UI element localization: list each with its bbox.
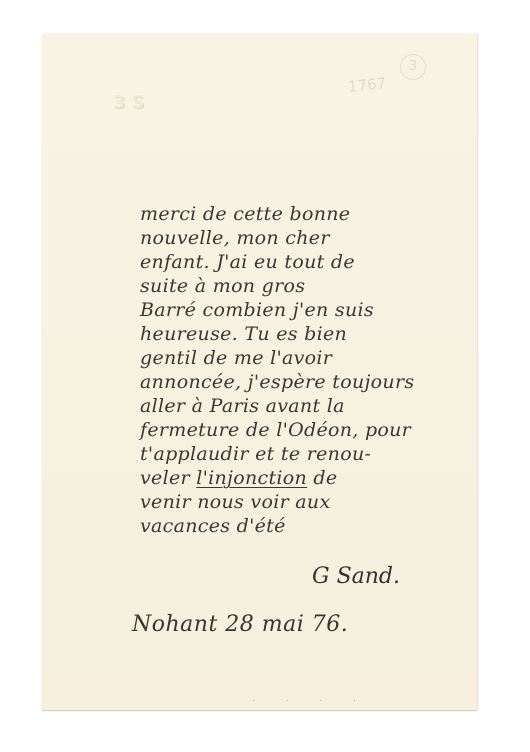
letter-line: gentil de me l'avoir xyxy=(140,346,470,370)
place-and-date: Nohant 28 mai 76. xyxy=(132,612,348,637)
letter-line: merci de cette bonne xyxy=(140,202,470,226)
signature: G Sand. xyxy=(312,564,400,589)
letter-line: enfant. J'ai eu tout de xyxy=(140,250,470,274)
letter-line: fermeture de l'Odéon, pour xyxy=(140,418,470,442)
underlined-word: l'injonction xyxy=(196,467,307,489)
letter-line: annoncée, j'espère toujours xyxy=(140,370,470,394)
letter-paper: 3S 1767 3 merci de cette bonne nouvelle,… xyxy=(42,34,477,710)
letter-line: vacances d'été xyxy=(140,514,470,538)
letter-line: nouvelle, mon cher xyxy=(140,226,470,250)
letter-line: suite à mon gros xyxy=(140,274,470,298)
letter-line: heureuse. Tu es bien xyxy=(140,322,470,346)
pencil-circled-number: 3 xyxy=(400,54,426,80)
letter-line: Barré combien j'en suis xyxy=(140,298,470,322)
line-suffix: de xyxy=(307,467,337,489)
line-prefix: veler xyxy=(140,467,196,489)
letter-line: aller à Paris avant la xyxy=(140,394,470,418)
letter-line: venir nous voir aux xyxy=(140,490,470,514)
embossed-mark: 3S xyxy=(113,92,151,113)
letter-line: t'applaudir et te renou- xyxy=(140,442,470,466)
letter-body: merci de cette bonne nouvelle, mon cher … xyxy=(140,202,470,538)
letter-line-with-underline: veler l'injonction de xyxy=(140,466,470,490)
pencil-reference-number: 1767 xyxy=(347,74,387,96)
paper-specks: . . . . xyxy=(252,694,370,704)
